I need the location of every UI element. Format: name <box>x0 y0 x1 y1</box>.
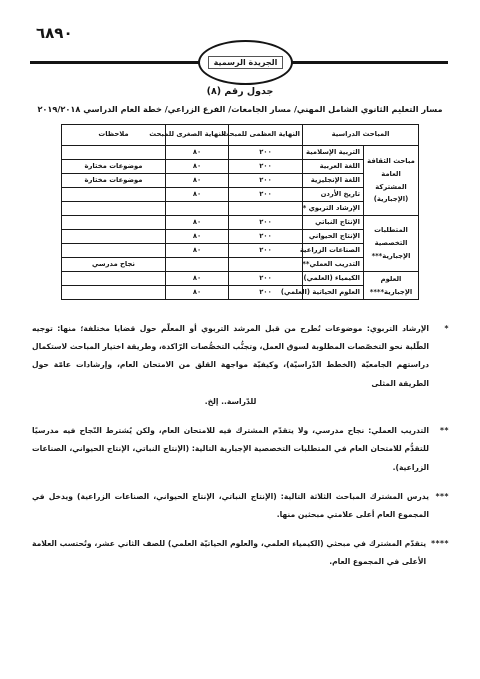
min-cell: ٨٠ <box>166 230 229 244</box>
gazette-seal: الجريدة الرسمية <box>198 40 293 85</box>
min-cell: ٨٠ <box>166 188 229 202</box>
footnotes-section: * الإرشاد التربوي: موضوعات تُطرح من قبل … <box>32 320 449 572</box>
page-number: ٦٨٩٠ <box>36 24 73 42</box>
max-cell: ٢٠٠ <box>229 188 303 202</box>
subject-cell: تاريخ الأردن <box>303 188 364 202</box>
group-label-compulsory-sciences: العلوم الإجبارية**** <box>364 272 419 300</box>
max-cell: ٢٠٠ <box>229 230 303 244</box>
table-row: العلوم الإجبارية**** الكيمياء (العلمي) ٢… <box>62 272 419 286</box>
subject-cell: العلوم الحياتية (العلمي) <box>303 286 364 300</box>
notes-cell: نجاح مدرسي <box>62 258 166 272</box>
footnote-text: يتقدّم المشترك في مبحثي (الكيمياء العلمي… <box>32 535 426 571</box>
notes-cell <box>62 230 166 244</box>
subject-cell: الإرشاد التربوي * <box>303 202 364 216</box>
footnote-sciences: **** يتقدّم المشترك في مبحثي (الكيمياء ا… <box>32 535 449 571</box>
max-cell: ٢٠٠ <box>229 244 303 258</box>
table-header-row: المباحث الدراسية النهاية العظمى للمبحث ا… <box>62 125 419 146</box>
notes-cell <box>62 244 166 258</box>
max-cell: ٢٠٠ <box>229 160 303 174</box>
min-cell: ٨٠ <box>166 244 229 258</box>
min-cell <box>166 202 229 216</box>
min-cell: ٨٠ <box>166 216 229 230</box>
max-cell: ٢٠٠ <box>229 272 303 286</box>
max-cell: ٢٠٠ <box>229 146 303 160</box>
notes-cell: موضوعات مختارة <box>62 160 166 174</box>
subject-cell: الإنتاج الحيواني <box>303 230 364 244</box>
max-cell: ٢٠٠ <box>229 216 303 230</box>
max-cell: ٢٠٠ <box>229 174 303 188</box>
footnote-counseling: * الإرشاد التربوي: موضوعات تُطرح من قبل … <box>32 320 449 411</box>
notes-cell <box>62 216 166 230</box>
subject-cell: التدريب العملي** <box>303 258 364 272</box>
notes-cell <box>62 286 166 300</box>
subject-cell: التربية الإسلامية <box>303 146 364 160</box>
notes-cell <box>62 188 166 202</box>
gazette-title: الجريدة الرسمية <box>208 56 284 69</box>
footnote-marker: ** <box>434 422 449 477</box>
subject-cell: اللغة الإنجليزية <box>303 174 364 188</box>
notes-cell: موضوعات مختارة <box>62 174 166 188</box>
footnote-practical-training: ** التدريب العملي: نجاح مدرسي، ولا يتقدّ… <box>32 422 449 477</box>
table-subtitle: مسار التعليم الثانوي الشامل المهني/ مسار… <box>0 104 480 114</box>
min-cell <box>166 258 229 272</box>
min-cell: ٨٠ <box>166 146 229 160</box>
notes-cell <box>62 202 166 216</box>
min-cell: ٨٠ <box>166 286 229 300</box>
header-max: النهاية العظمى للمبحث <box>229 125 303 146</box>
notes-cell <box>62 146 166 160</box>
table-caption: جدول رقم (٨) <box>0 86 480 97</box>
table-row: المتطلبات التخصصية الإجبارية*** الإنتاج … <box>62 216 419 230</box>
group-label-specialized-requirements: المتطلبات التخصصية الإجبارية*** <box>364 216 419 272</box>
subject-cell: الإنتاج النباتي <box>303 216 364 230</box>
study-plan-table: المباحث الدراسية النهاية العظمى للمبحث ا… <box>61 124 419 300</box>
footnote-marker: * <box>434 320 449 411</box>
footnote-text: يدرس المشترك المباحث الثلاثة التالية: (ا… <box>32 488 429 524</box>
min-cell: ٨٠ <box>166 272 229 286</box>
min-cell: ٨٠ <box>166 174 229 188</box>
header-subjects: المباحث الدراسية <box>303 125 419 146</box>
min-cell: ٨٠ <box>166 160 229 174</box>
footnote-text: التدريب العملي: نجاح مدرسي، ولا يتقدّم ا… <box>32 422 429 477</box>
max-cell <box>229 202 303 216</box>
footnote-text: الإرشاد التربوي: موضوعات تُطرح من قبل ال… <box>32 320 429 393</box>
subject-cell: الكيمياء (العلمي) <box>303 272 364 286</box>
subject-cell: اللغة العربية <box>303 160 364 174</box>
subject-cell: الصناعات الزراعية <box>303 244 364 258</box>
header-min: النهاية الصغرى للمبحث <box>166 125 229 146</box>
max-cell <box>229 258 303 272</box>
footnote-three-subjects: *** يدرس المشترك المباحث الثلاثة التالية… <box>32 488 449 524</box>
table-row: مباحث الثقافة العامة المشتركة (الإجبارية… <box>62 146 419 160</box>
footnote-marker: **** <box>431 535 449 571</box>
group-label-general-culture: مباحث الثقافة العامة المشتركة (الإجبارية… <box>364 146 419 216</box>
page-content: جدول رقم (٨) مسار التعليم الثانوي الشامل… <box>0 0 480 572</box>
notes-cell <box>62 272 166 286</box>
footnote-marker: *** <box>434 488 449 524</box>
footnote-text-tail: للدّراسة.. إلخ. <box>32 393 429 411</box>
